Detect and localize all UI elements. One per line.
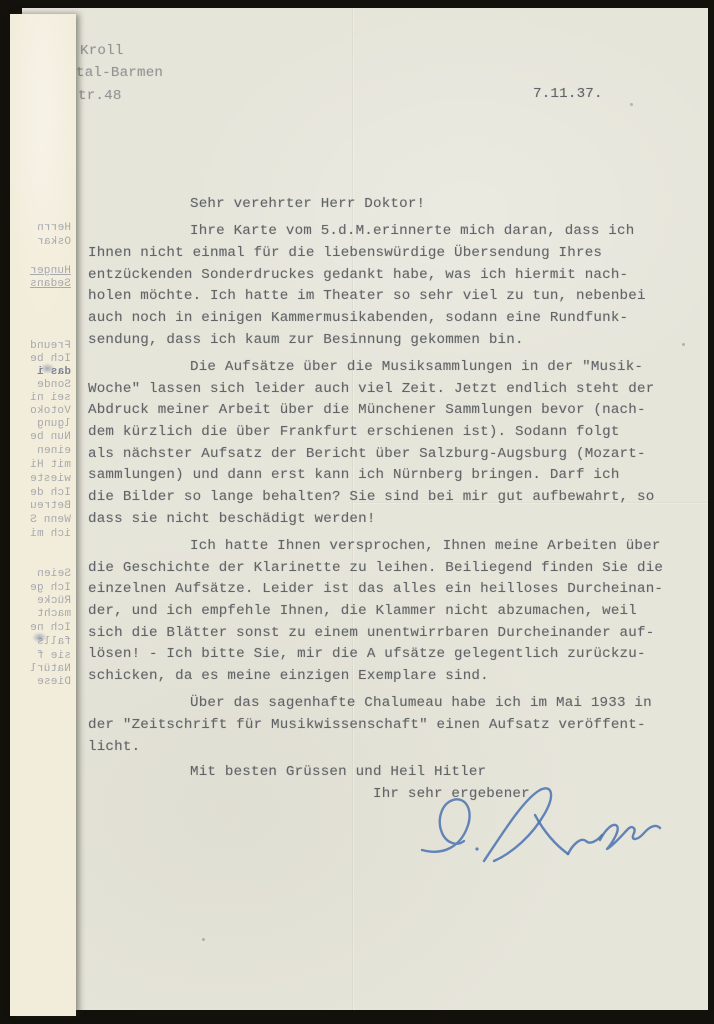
- bleedthrough-fragment: Wenn S: [30, 514, 71, 526]
- bleedthrough-fragment: Natürl: [30, 663, 71, 675]
- letter-line: Ich hatte Ihnen versprochen, Ihnen meine…: [88, 538, 688, 560]
- bleedthrough-fragment: Nun be: [30, 431, 71, 443]
- letter-line: der "Zeitschrift für Musikwissenschaft" …: [88, 717, 688, 739]
- letter-line: auch noch in einigen Kammermusikabenden,…: [88, 310, 688, 332]
- scanned-letter: Kroll tal-Barmen tr.48 7.11.37. Sehr ver…: [0, 0, 714, 1024]
- letter-paragraphs: Ihre Karte vom 5.d.M.erinnerte mich dara…: [88, 223, 688, 760]
- letter-line: dem kürzlich die über Frankfurt erschien…: [88, 424, 688, 446]
- paragraph: Ihre Karte vom 5.d.M.erinnerte mich dara…: [88, 223, 688, 353]
- paragraph: Die Aufsätze über die Musiksammlungen in…: [88, 359, 688, 533]
- letter-line: lösen! - Ich bitte Sie, mir die A ufsätz…: [88, 646, 688, 668]
- bleedthrough-fragment: Ich ge: [30, 582, 71, 594]
- bleedthrough-fragment: Ich de: [30, 487, 71, 499]
- letter-body: Sehr verehrter Herr Doktor! Ihre Karte v…: [88, 196, 688, 808]
- letter-page: Kroll tal-Barmen tr.48 7.11.37. Sehr ver…: [22, 8, 708, 1010]
- letter-date: 7.11.37.: [533, 86, 603, 102]
- letter-line: schicken, da es meine einzigen Exemplare…: [88, 668, 688, 690]
- letter-line: sich die Blätter sonst zu einem unentwir…: [88, 625, 688, 647]
- letter-line: der, und ich empfehle Ihnen, die Klammer…: [88, 603, 688, 625]
- letter-line: Abdruck meiner Arbeit über die Münchener…: [88, 402, 688, 424]
- letter-line: entzückenden Sonderdruckes gedankt habe,…: [88, 267, 688, 289]
- bleedthrough-fragment: sei ni: [30, 392, 71, 404]
- overlapping-paper-strip: HerrnOskarHungerSedansFreundIch bedas iS…: [10, 14, 76, 1016]
- sender-street-line: tr.48: [78, 88, 122, 104]
- letter-line: als nächster Aufsatz der Bericht über Sa…: [88, 446, 688, 468]
- bleedthrough-fragment: Sedans: [30, 278, 71, 290]
- letter-line: dass sie nicht beschädigt werden!: [88, 511, 688, 533]
- handwritten-signature: [414, 784, 666, 880]
- ink-smudge: [40, 363, 55, 374]
- salutation: Sehr verehrter Herr Doktor!: [88, 196, 688, 218]
- bleedthrough-fragment: Oskar: [37, 236, 71, 248]
- closing-greeting: Mit besten Grüssen und Heil Hitler: [88, 764, 688, 786]
- letter-line: Ihnen nicht einmal für die liebenswürdig…: [88, 245, 688, 267]
- bleedthrough-fragment: Betreu: [30, 500, 71, 512]
- letter-line: sammlungen) und dann erst kann ich Nürnb…: [88, 467, 688, 489]
- letter-line: Die Aufsätze über die Musiksammlungen in…: [88, 359, 688, 381]
- bleedthrough-fragment: einen: [37, 445, 71, 457]
- letter-line: licht.: [88, 739, 688, 761]
- letter-line: holen möchte. Ich hatte im Theater so se…: [88, 288, 688, 310]
- paragraph: Über das sagenhafte Chalumeau habe ich i…: [88, 695, 688, 760]
- letter-line: sendung, dass ich kaum zur Besinnung gek…: [88, 332, 688, 354]
- bleedthrough-fragment: Herrn: [37, 222, 71, 234]
- paper-speck: [202, 938, 205, 941]
- bleedthrough-fragment: wieste: [30, 473, 71, 485]
- bleedthrough-fragment: Hunger: [30, 265, 71, 277]
- letter-line: die Bilder so lange behalten? Sie sind b…: [88, 489, 688, 511]
- letter-line: Über das sagenhafte Chalumeau habe ich i…: [88, 695, 688, 717]
- letter-line: die Geschichte der Klarinette zu leihen.…: [88, 560, 688, 582]
- paper-speck: [682, 343, 685, 346]
- bleedthrough-fragment: Freund: [30, 340, 71, 352]
- ink-smudge: [32, 632, 47, 643]
- bleedthrough-fragment: mit Hi: [30, 459, 71, 471]
- bleedthrough-fragment: Rücke: [37, 595, 71, 607]
- bleedthrough-fragment: sie f: [37, 650, 71, 662]
- sender-name-line: Kroll: [80, 43, 124, 59]
- bleedthrough-fragment: Sonde: [37, 379, 71, 391]
- letter-line: Woche" lassen sich leider auch viel Zeit…: [88, 381, 688, 403]
- paragraph: Ich hatte Ihnen versprochen, Ihnen meine…: [88, 538, 688, 690]
- paper-speck: [630, 103, 633, 106]
- bleedthrough-fragment: ich mi: [30, 528, 71, 540]
- bleedthrough-fragment: Votoko: [30, 405, 71, 417]
- sender-city-line: tal-Barmen: [76, 65, 163, 81]
- bleedthrough-fragment: Diese: [37, 676, 71, 688]
- letter-line: Ihre Karte vom 5.d.M.erinnerte mich dara…: [88, 223, 688, 245]
- bleedthrough-fragment: macht: [37, 608, 71, 620]
- bleedthrough-fragment: Seien: [37, 568, 71, 580]
- bleedthrough-fragment: lgung: [37, 418, 71, 430]
- letter-line: einzelnen Aufsätze. Leider ist das alles…: [88, 581, 688, 603]
